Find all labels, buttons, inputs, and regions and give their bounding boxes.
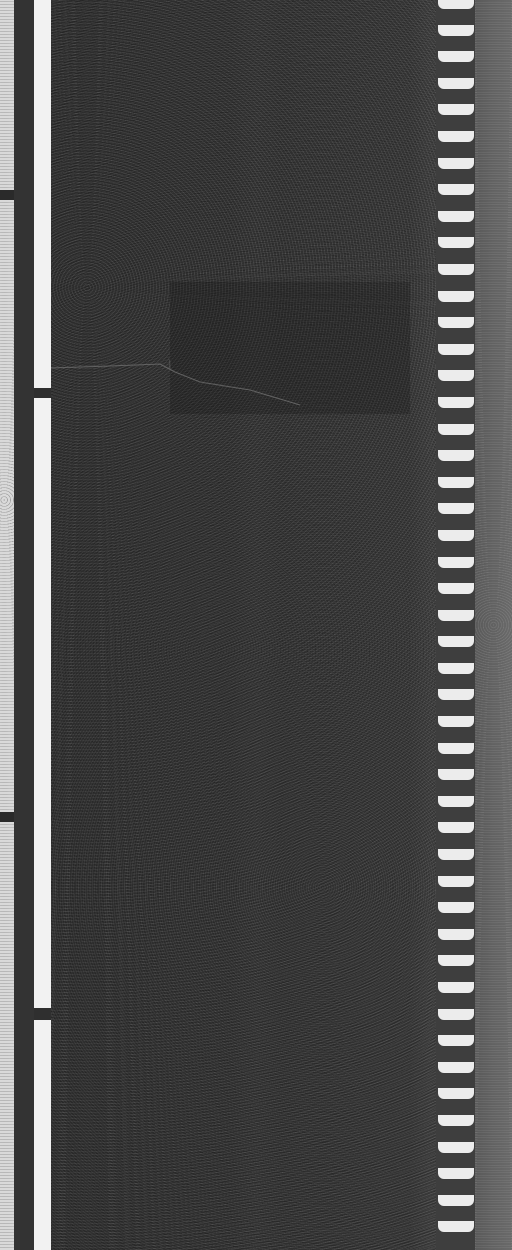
dash-stripe bbox=[438, 689, 474, 700]
dash-stripe bbox=[438, 1221, 474, 1232]
dash-stripe bbox=[438, 0, 474, 9]
right-shoulder bbox=[475, 0, 512, 1250]
shoulder-joint bbox=[0, 190, 14, 200]
left-edge-line bbox=[34, 0, 51, 1250]
dash-stripe bbox=[438, 1088, 474, 1099]
dash-stripe bbox=[438, 184, 474, 195]
dash-stripe bbox=[438, 291, 474, 302]
dash-stripe bbox=[438, 370, 474, 381]
dash-stripe bbox=[438, 211, 474, 222]
dash-stripe bbox=[438, 557, 474, 568]
dash-stripe bbox=[438, 104, 474, 115]
dash-stripe bbox=[438, 237, 474, 248]
dash-stripe bbox=[438, 955, 474, 966]
dash-stripe bbox=[438, 929, 474, 940]
dash-stripe bbox=[438, 51, 474, 62]
dash-stripe bbox=[438, 477, 474, 488]
dash-stripe bbox=[438, 769, 474, 780]
dash-stripe bbox=[438, 822, 474, 833]
dash-stripe bbox=[438, 982, 474, 993]
pavement-crack bbox=[50, 360, 310, 415]
edge-line-break bbox=[34, 1008, 51, 1020]
dash-stripe bbox=[438, 1009, 474, 1020]
dash-stripe bbox=[438, 1168, 474, 1179]
dash-stripe bbox=[438, 78, 474, 89]
edge-line-break bbox=[34, 388, 51, 398]
dash-stripe bbox=[438, 636, 474, 647]
dash-stripe bbox=[438, 1035, 474, 1046]
dash-stripe bbox=[438, 849, 474, 860]
shoulder-joint bbox=[0, 812, 14, 822]
dash-stripe bbox=[438, 424, 474, 435]
dash-stripe bbox=[438, 317, 474, 328]
dash-stripe bbox=[438, 1062, 474, 1073]
dash-stripe bbox=[438, 264, 474, 275]
dash-stripe bbox=[438, 1115, 474, 1126]
dash-stripe bbox=[438, 743, 474, 754]
dash-stripe bbox=[438, 716, 474, 727]
left-gutter bbox=[14, 0, 34, 1250]
dash-stripe bbox=[438, 450, 474, 461]
dash-stripe bbox=[438, 902, 474, 913]
dash-stripe bbox=[438, 796, 474, 807]
dash-stripe bbox=[438, 397, 474, 408]
left-shoulder bbox=[0, 0, 14, 1250]
dash-stripe bbox=[438, 131, 474, 142]
dash-stripe bbox=[438, 1195, 474, 1206]
dash-stripe bbox=[438, 610, 474, 621]
dash-stripe bbox=[438, 158, 474, 169]
road-aerial-image bbox=[0, 0, 512, 1250]
dash-stripe bbox=[438, 876, 474, 887]
dash-stripe bbox=[438, 530, 474, 541]
dash-stripe bbox=[438, 25, 474, 36]
dash-stripe bbox=[438, 503, 474, 514]
dash-stripe bbox=[438, 344, 474, 355]
dash-stripe bbox=[438, 583, 474, 594]
dash-stripe bbox=[438, 1142, 474, 1153]
dash-stripe bbox=[438, 663, 474, 674]
